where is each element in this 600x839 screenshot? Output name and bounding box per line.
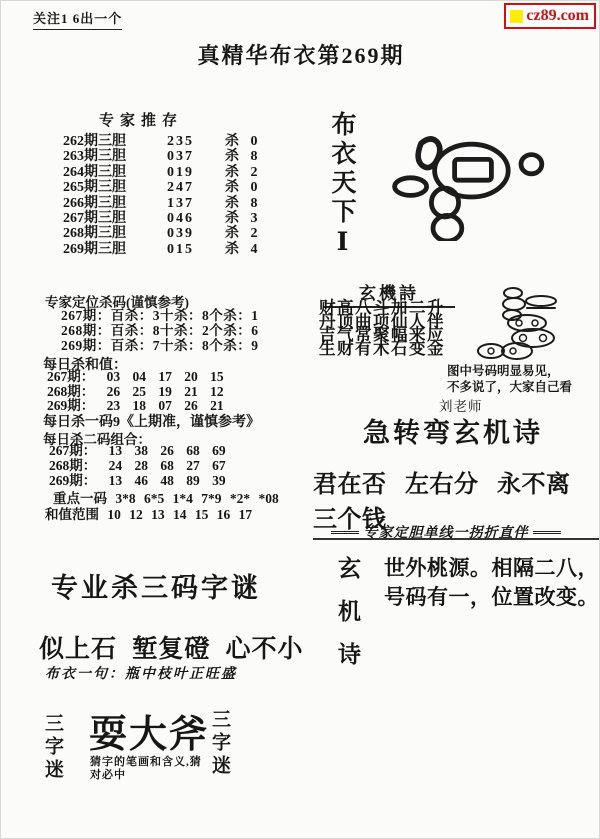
table-row: 262期三胆235杀 0	[63, 134, 285, 149]
row-kill: 杀 2	[225, 165, 285, 180]
row-value: 019	[167, 165, 225, 180]
row-value: 137	[167, 196, 225, 211]
row-value: 046	[167, 211, 225, 226]
poem-line: 世外桃源。相隔二八，	[384, 554, 599, 583]
sum-range-line: 和值范围 10 12 13 14 15 16 17	[45, 503, 252, 523]
logo-text[interactable]: cz89.com	[526, 7, 589, 25]
coins-sketch	[469, 285, 561, 361]
riddle-line: 似上石 堑复磴 心不小	[39, 629, 304, 665]
divider-line	[533, 531, 561, 534]
bottom-poem-label: 玄机诗	[331, 556, 364, 685]
row-kill: 杀 8	[225, 196, 285, 211]
list-item: 268期： 24 28 68 27 67	[49, 458, 226, 473]
row-period: 262期三胆	[63, 134, 167, 149]
row-period: 265期三胆	[63, 180, 167, 195]
divider-line	[331, 531, 359, 534]
table-row: 268期三胆039杀 2	[63, 226, 285, 241]
row-kill: 杀 8	[225, 149, 285, 164]
table-row: 266期三胆137杀 8	[63, 196, 285, 211]
row-value: 037	[167, 149, 225, 164]
logo-square-icon	[510, 10, 523, 23]
poem-line: 生财有术石变金	[319, 342, 445, 356]
row-kill: 杀 4	[225, 242, 285, 257]
table-row: 264期三胆019杀 2	[63, 165, 285, 180]
three-char-label-left: 三字迷	[39, 713, 66, 782]
picture-note: 图中号码明显易见， 不多说了，大家自己看	[447, 363, 572, 395]
page-title: 真精华布衣第269期	[1, 39, 600, 70]
row-value: 235	[167, 134, 225, 149]
list-item: 267期：百杀：3十杀：8个杀：1	[61, 308, 259, 323]
riddle-title: 专业杀三码字谜	[51, 566, 261, 605]
buyi-sketch	[389, 129, 549, 241]
riddle-buyi-line: 布衣一句：瓶中枝叶正旺盛	[45, 663, 237, 683]
note-line: 不多说了，大家自己看	[447, 379, 572, 395]
list-item: 268期： 26 25 19 21 12	[47, 385, 224, 400]
three-char-word: 耍大斧	[89, 703, 209, 758]
buyi-tianxia-label: 布衣天下Ⅰ	[323, 111, 359, 260]
poem-line: 号码有一，位置改变。	[384, 583, 599, 612]
table-row: 265期三胆247杀 0	[63, 180, 285, 195]
row-kill: 杀 0	[225, 134, 285, 149]
row-period: 266期三胆	[63, 196, 167, 211]
table-row: 263期三胆037杀 8	[63, 149, 285, 164]
row-kill: 杀 2	[225, 226, 285, 241]
list-item: 268期：百杀：8十杀：2个杀：6	[61, 323, 259, 338]
list-item: 269期：百杀：7十杀：8个杀：9	[61, 338, 259, 353]
sum-range-label: 和值范围	[45, 507, 99, 522]
site-logo[interactable]: cz89.com	[504, 3, 596, 29]
section-divider: 专家定胆单线一拐折直伴	[331, 522, 561, 542]
row-period: 267期三胆	[63, 211, 167, 226]
divider-text: 专家定胆单线一拐折直伴	[359, 522, 533, 542]
sharp-turn-title: 急转弯玄机诗	[363, 411, 543, 450]
xuanji-poem: 财高八斗加二升 丹顶曲项仙人伴 吉气常聚幅来应 生财有术石变金	[319, 301, 445, 355]
row-period: 268期三胆	[63, 226, 167, 241]
tip-sheet-page: 关注1 6出一个 cz89.com 真精华布衣第269期 专家推存 262期三胆…	[0, 0, 600, 839]
list-item: 267期： 03 04 17 20 15	[47, 370, 224, 385]
daily-sum-rows: 267期： 03 04 17 20 15 268期： 26 25 19 21 1…	[47, 370, 224, 414]
recommend-table: 262期三胆235杀 0 263期三胆037杀 8 264期三胆019杀 2 2…	[63, 134, 285, 257]
row-value: 039	[167, 226, 225, 241]
row-value: 247	[167, 180, 225, 195]
list-item: 267期： 13 38 26 68 69	[49, 443, 226, 458]
row-value: 015	[167, 242, 225, 257]
focus-note: 关注1 6出一个	[33, 8, 122, 30]
three-char-label-right: 三字迷	[206, 709, 233, 778]
position-kill-rows: 267期：百杀：3十杀：8个杀：1 268期：百杀：8十杀：2个杀：6 269期…	[61, 308, 259, 354]
table-row: 267期三胆046杀 3	[63, 211, 285, 226]
bottom-poem: 世外桃源。相隔二八， 号码有一，位置改变。	[384, 554, 599, 612]
note-line: 对必中	[90, 769, 202, 782]
recommend-header: 专家推存	[99, 109, 183, 130]
row-period: 269期三胆	[63, 242, 167, 257]
note-line: 图中号码明显易见，	[447, 363, 572, 379]
row-kill: 杀 3	[225, 211, 285, 226]
table-row: 269期三胆015杀 4	[63, 242, 285, 257]
three-char-note: 猜字的笔画和含义,猜 对必中	[90, 756, 202, 782]
row-period: 264期三胆	[63, 165, 167, 180]
row-period: 263期三胆	[63, 149, 167, 164]
sum-range-value: 10 12 13 14 15 16 17	[107, 507, 252, 522]
note-line: 猜字的笔画和含义,猜	[90, 756, 202, 769]
row-kill: 杀 0	[225, 180, 285, 195]
daily-two-rows: 267期： 13 38 26 68 69 268期： 24 28 68 27 6…	[49, 443, 226, 489]
